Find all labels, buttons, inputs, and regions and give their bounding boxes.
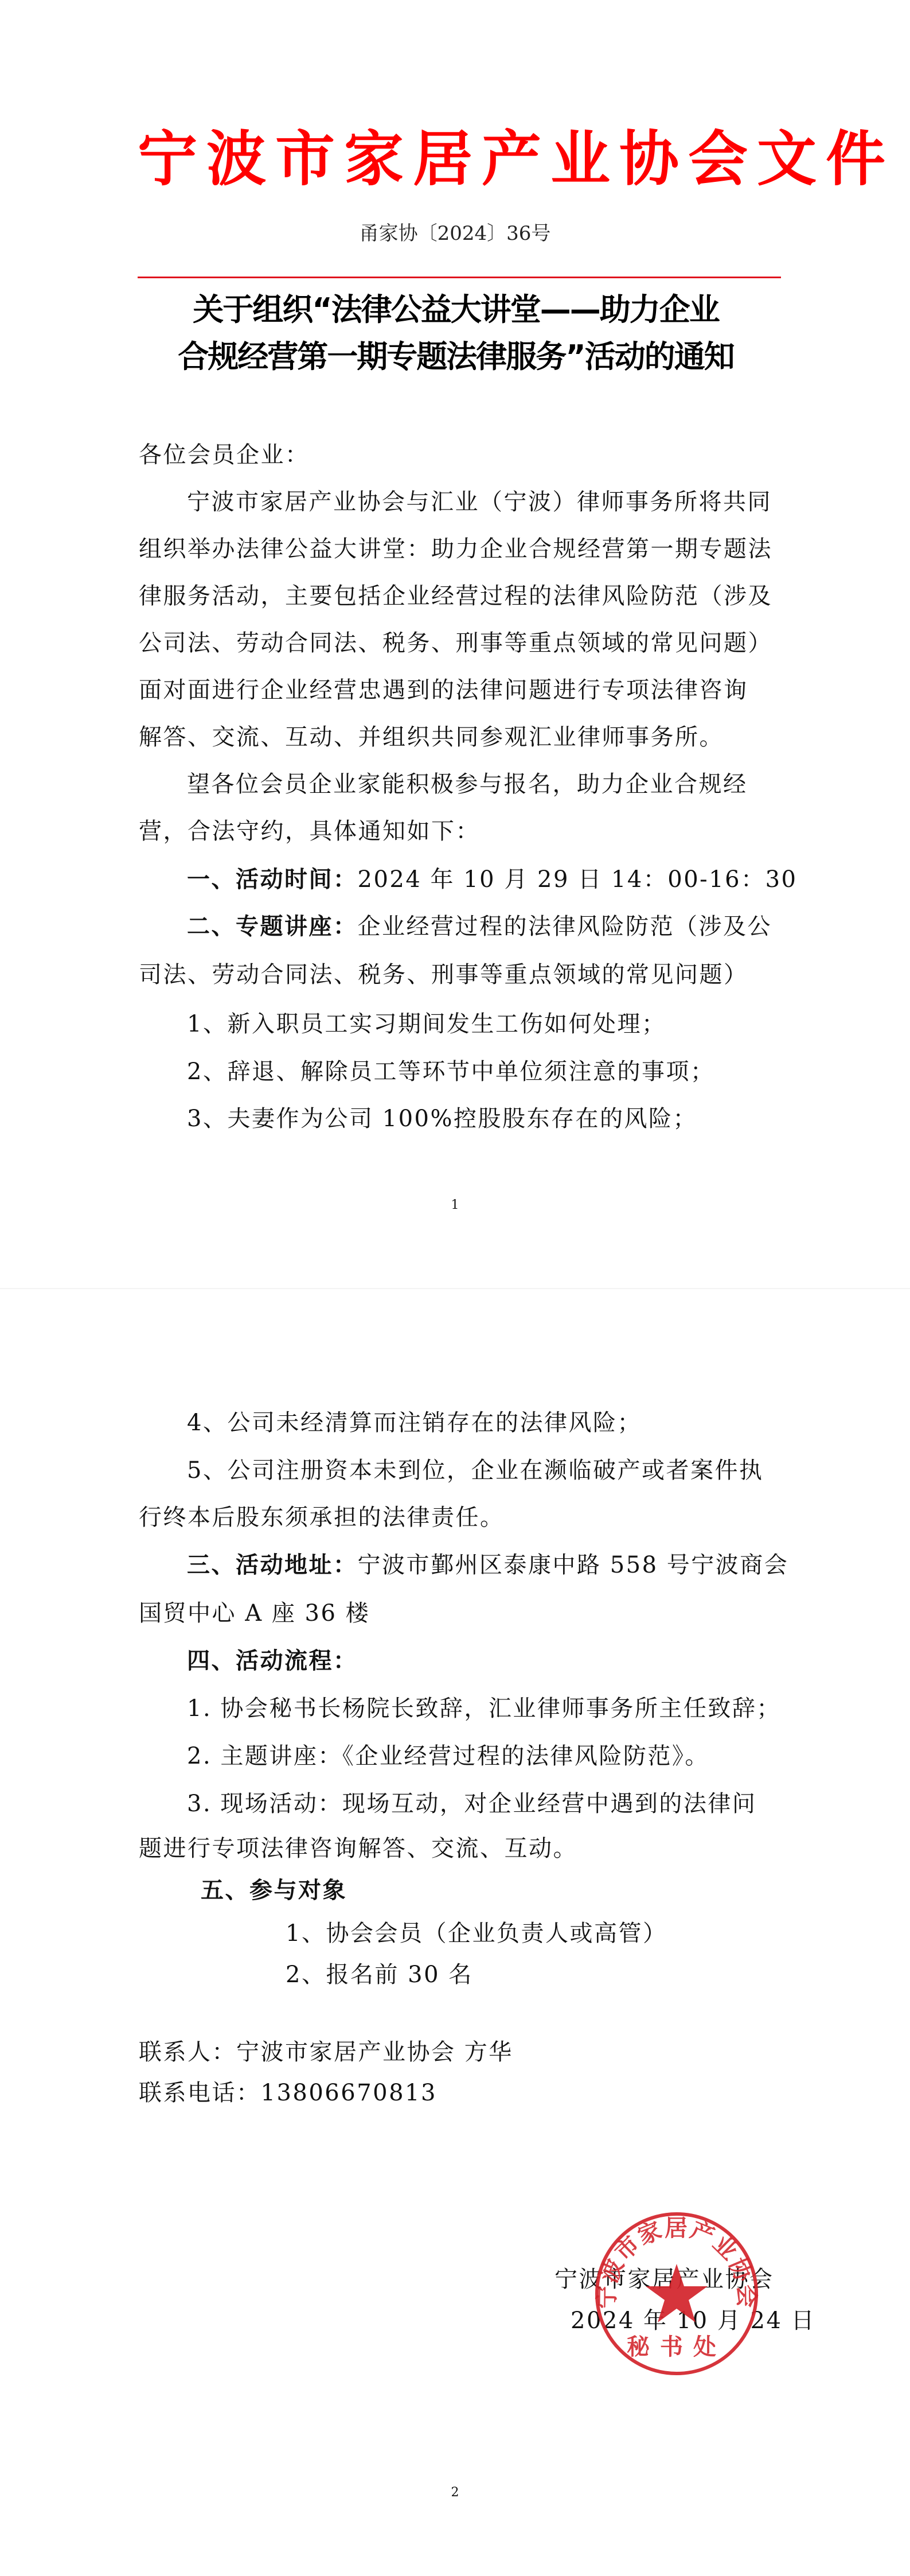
section-time: 一、活动时间：2024 年 10 月 29 日 14：00-16：30 <box>187 865 798 894</box>
intro-paragraph-line: 面对面进行企业经营忠遇到的法律问题进行专项法律咨询 <box>139 676 748 705</box>
section-topic-value: 企业经营过程的法律风险防范（涉及公 <box>358 913 772 940</box>
section-venue-value: 宁波市鄞州区泰康中路 558 号宁波商会 <box>358 1552 789 1578</box>
official-seal: 宁波市家居产业协会 秘书处 <box>594 2211 759 2376</box>
section-time-label: 一、活动时间： <box>187 866 358 893</box>
contact-person: 联系人：宁波市家居产业协会 方华 <box>139 2038 513 2067</box>
appeal-paragraph-line: 望各位会员企业家能积极参与报名，助力企业合规经 <box>187 770 748 799</box>
section-topic-label: 二、专题讲座： <box>187 913 358 940</box>
notice-title-line-1: 关于组织“法律公益大讲堂——助力企业 <box>132 287 780 333</box>
notice-title-line-2: 合规经营第一期专题法律服务”活动的通知 <box>132 334 780 380</box>
section-participants-label: 五、参与对象 <box>201 1876 347 1905</box>
topic-item: 4、公司未经清算而注销存在的法律风险； <box>187 1408 642 1437</box>
process-item: 2. 主题讲座：《企业经营过程的法律风险防范》。 <box>187 1742 709 1770</box>
document-header-title: 宁波市家居产业协会文件 <box>138 122 775 196</box>
section-topic: 二、专题讲座：企业经营过程的法律风险防范（涉及公 <box>187 912 772 941</box>
topic-item: 2、辞退、解除员工等环节中单位须注意的事项； <box>187 1057 714 1086</box>
appeal-paragraph-line: 营，合法守约，具体通知如下： <box>139 817 480 846</box>
section-time-value: 2024 年 10 月 29 日 14：00-16：30 <box>358 866 798 893</box>
section-venue: 三、活动地址：宁波市鄞州区泰康中路 558 号宁波商会 <box>187 1551 788 1579</box>
intro-paragraph-line: 律服务活动，主要包括企业经营过程的法律风险防范（涉及 <box>139 582 772 610</box>
topic-item: 1、新入职员工实习期间发生工伤如何处理； <box>187 1010 666 1038</box>
seal-bottom-text: 秘书处 <box>627 2334 727 2360</box>
process-item-continued: 题进行专项法律咨询解答、交流、互动。 <box>139 1834 577 1863</box>
star-icon <box>646 2264 708 2322</box>
section-process-label: 四、活动流程： <box>187 1647 358 1675</box>
topic-item: 5、公司注册资本未到位，企业在濒临破产或者案件执 <box>187 1456 763 1485</box>
section-topic-continued: 司法、劳动合同法、税务、刑事等重点领域的常见问题） <box>139 960 748 989</box>
topic-item: 3、夫妻作为公司 100%控股股东存在的风险； <box>187 1104 697 1133</box>
contact-phone: 联系电话：13806670813 <box>139 2079 437 2107</box>
section-venue-continued: 国贸中心 A 座 36 楼 <box>139 1599 370 1628</box>
process-item: 1. 协会秘书长杨院长致辞，汇业律师事务所主任致辞； <box>187 1694 781 1723</box>
section-venue-label: 三、活动地址： <box>187 1552 358 1578</box>
page-break <box>0 1288 910 1289</box>
intro-paragraph-line: 宁波市家居产业协会与汇业（宁波）律师事务所将共同 <box>187 488 772 516</box>
header-divider <box>138 277 781 278</box>
intro-paragraph-line: 解答、交流、互动、并组织共同参观汇业律师事务所。 <box>139 723 724 752</box>
salutation: 各位会员企业： <box>139 441 310 469</box>
seal-graphic: 宁波市家居产业协会 秘书处 <box>594 2211 759 2376</box>
process-item: 3. 现场活动：现场互动，对企业经营中遇到的法律问 <box>187 1789 756 1818</box>
topic-item-continued: 行终本后股东须承担的法律责任。 <box>139 1503 505 1532</box>
participant-item: 2、报名前 30 名 <box>286 1960 473 1989</box>
intro-paragraph-line: 公司法、劳动合同法、税务、刑事等重点领域的常见问题） <box>139 629 772 657</box>
document-number: 甬家协〔2024〕36号 <box>0 221 910 246</box>
page-number: 1 <box>0 1197 910 1214</box>
intro-paragraph-line: 组织举办法律公益大讲堂：助力企业合规经营第一期专题法 <box>139 535 772 563</box>
page-number: 2 <box>0 2484 910 2501</box>
participant-item: 1、协会会员（企业负责人或高管） <box>286 1919 667 1948</box>
